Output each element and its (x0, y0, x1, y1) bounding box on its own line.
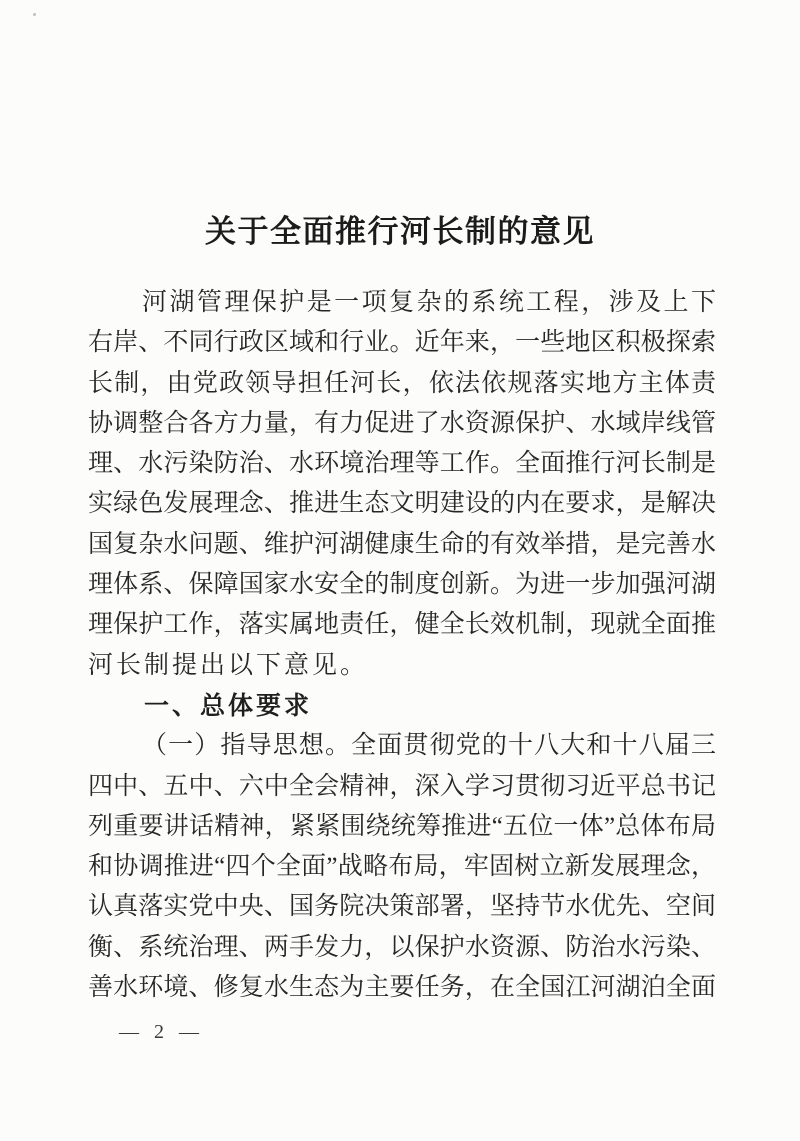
scan-artifact (33, 13, 36, 16)
section-heading: 一、总体要求 (88, 686, 716, 726)
text-line: 国复杂水问题、维护河湖健康生命的有效举措，是完善水治 (88, 525, 716, 565)
text-line: 河长制提出以下意见。 (88, 646, 716, 686)
document-page: 关于全面推行河长制的意见 河湖管理保护是一项复杂的系统工程，涉及上下游、左右岸、… (0, 0, 800, 1141)
text-line: 衡、系统治理、两手发力，以保护水资源、防治水污染、改 (88, 928, 716, 968)
text-line: （一）指导思想。全面贯彻党的十八大和十八届三中、 (88, 726, 716, 766)
text-line: 理保护工作，落实属地责任，健全长效机制，现就全面推行 (88, 605, 716, 645)
page-number: — 2 — (119, 1021, 204, 1044)
text-line: 善水环境、修复水生态为主要任务，在全国江河湖泊全面推 (88, 968, 716, 1008)
text-line: 列重要讲话精神，紧紧围绕统筹推进“五位一体”总体布局 (88, 807, 716, 847)
text-line: 长制，由党政领导担任河长，依法依规落实地方主体责任， (88, 364, 716, 404)
text-line: 和协调推进“四个全面”战略布局，牢固树立新发展理念， (88, 847, 716, 887)
text-line: 河湖管理保护是一项复杂的系统工程，涉及上下游、左 (88, 283, 716, 323)
text-line: 理体系、保障国家水安全的制度创新。为进一步加强河湖管 (88, 565, 716, 605)
text-line: 理、水污染防治、水环境治理等工作。全面推行河长制是落 (88, 444, 716, 484)
text-line: 右岸、不同行政区域和行业。近年来，一些地区积极探索河 (88, 323, 716, 363)
text-line: 认真落实党中央、国务院决策部署，坚持节水优先、空间均 (88, 887, 716, 927)
text-line: 协调整合各方力量，有力促进了水资源保护、水域岸线管 (88, 404, 716, 444)
text-line: 四中、五中、六中全会精神，深入学习贯彻习近平总书记系 (88, 767, 716, 807)
text-line: 实绿色发展理念、推进生态文明建设的内在要求，是解决我 (88, 484, 716, 524)
document-title: 关于全面推行河长制的意见 (0, 206, 800, 251)
document-body: 河湖管理保护是一项复杂的系统工程，涉及上下游、左右岸、不同行政区域和行业。近年来… (88, 283, 716, 1008)
